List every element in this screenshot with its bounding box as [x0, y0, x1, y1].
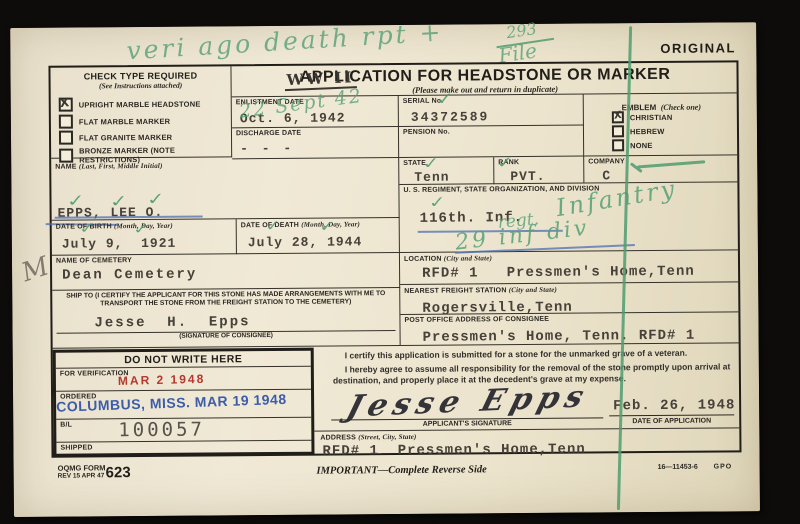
verify-check-icon: ✓	[132, 221, 150, 238]
discharge-date-label: DISCHARGE DATE	[232, 127, 398, 138]
po-address-field: POST OFFICE ADDRESS OF CONSIGNEE Pressme…	[400, 312, 740, 346]
form-number: 623	[106, 464, 131, 481]
po-address-value: Pressmen's Home, Tenn. RFD# 1	[423, 327, 741, 345]
cemetery-field: NAME OF CEMETERY Dean Cemetery	[52, 253, 400, 291]
footer-important: IMPORTANT—Complete Reverse Side	[252, 464, 552, 477]
shipped-label: SHIPPED	[56, 441, 311, 453]
application-date-value: Feb. 26, 1948	[613, 397, 735, 414]
name-field: NAME (Last, First, Middle Initial) EPPS,…	[51, 158, 399, 221]
state-field: STATE Tenn	[399, 157, 494, 185]
verify-check-icon: ✓	[78, 220, 96, 237]
do-not-write-section: DO NOT WRITE HERE FOR VERIFICATION MAR 2…	[53, 348, 315, 457]
discharge-date-field: DISCHARGE DATE - - -	[232, 127, 399, 159]
form-id-block: OQMG FORM REV 15 APR 47	[58, 464, 106, 480]
location-value: RFD# 1 Pressmen's Home,Tenn	[422, 263, 740, 281]
verify-check-icon: ✓	[318, 218, 336, 235]
freight-station-field: NEAREST FREIGHT STATION (City and State)…	[400, 282, 740, 315]
discharge-date-value: - - -	[240, 140, 398, 156]
emblem-section: EMBLEM (Check one) X CHRISTIAN HEBREW NO…	[584, 93, 739, 156]
name-label: NAME (Last, First, Middle Initial)	[51, 158, 398, 172]
pension-no-label: PENSION No.	[399, 126, 583, 137]
consignee-name-value: Jesse H. Epps	[94, 313, 399, 331]
x-mark-icon: X	[613, 110, 622, 122]
option-flat-marble-label: FLAT MARBLE MARKER	[79, 116, 170, 126]
option-none-label: NONE	[630, 141, 653, 150]
x-mark-icon: X	[59, 95, 70, 110]
verify-check-icon: ✓	[264, 218, 282, 235]
verify-check-icon: ✓	[108, 191, 129, 212]
checkbox-upright-marble: X	[59, 98, 73, 112]
location-label: LOCATION (City and State)	[400, 250, 740, 264]
cemetery-label: NAME OF CEMETERY	[52, 253, 399, 266]
address-field: ADDRESS (Street, City, State) RFD# 1 Pre…	[314, 427, 741, 455]
address-value: RFD# 1 Pressmen's Home,Tenn	[322, 440, 741, 459]
option-upright-marble-label: UPRIGHT MARBLE HEADSTONE	[79, 99, 201, 109]
option-flat-granite-label: FLAT GRANITE MARKER	[79, 132, 172, 142]
verify-check-icon: ✓	[65, 190, 86, 211]
serial-no-field: SERIAL No. 34372589	[399, 95, 584, 127]
ship-to-label: SHIP TO (I CERTIFY THE APPLICANT FOR THI…	[52, 288, 399, 309]
serial-no-value: 34372589	[411, 109, 583, 125]
pension-no-value	[407, 139, 583, 140]
original-label: ORIGINAL	[660, 40, 736, 56]
rank-value: PVT.	[510, 169, 583, 185]
serial-no-label: SERIAL No.	[399, 95, 583, 106]
gpo-label: GPO	[714, 463, 733, 470]
checkbox-hebrew	[612, 125, 624, 137]
scanned-document: veri ago death rpt + 293 File ORIGINAL M…	[0, 0, 800, 524]
print-code: 16—11453-6	[658, 464, 698, 471]
option-christian-label: CHRISTIAN	[630, 112, 673, 121]
date-of-birth-value: July 9, 1921	[62, 235, 236, 251]
freight-station-label: NEAREST FREIGHT STATION (City and State)	[400, 282, 740, 296]
state-label: STATE	[399, 157, 493, 168]
application-date-label: DATE OF APPLICATION	[609, 417, 734, 425]
location-field: LOCATION (City and State) RFD# 1 Pressme…	[400, 250, 740, 285]
cemetery-value: Dean Cemetery	[62, 265, 399, 284]
verify-check-icon: ✓	[434, 88, 455, 109]
checkbox-christian: X	[612, 111, 624, 123]
check-type-section: CHECK TYPE REQUIRED (See Instructions at…	[50, 66, 232, 158]
verification-date-stamp: MAR 2 1948	[118, 372, 206, 388]
po-address-label: POST OFFICE ADDRESS OF CONSIGNEE	[400, 312, 740, 325]
form-rev: REV 15 APR 47	[58, 472, 106, 480]
option-hebrew-label: HEBREW	[630, 126, 665, 135]
certification-line1: I certify this application is submitted …	[333, 347, 733, 361]
checkbox-flat-marble	[59, 115, 73, 129]
checkbox-flat-granite	[59, 131, 73, 145]
verify-check-icon: ✓	[421, 155, 441, 173]
date-of-death-value: July 28, 1944	[248, 234, 399, 250]
checkbox-none	[612, 139, 624, 151]
check-type-subtitle: (See Instructions attached)	[51, 80, 231, 90]
verify-check-icon: ✓	[145, 189, 166, 210]
consignee-signature-label: (SIGNATURE OF CONSIGNEE)	[53, 331, 400, 341]
ship-to-field: SHIP TO (I CERTIFY THE APPLICANT FOR THI…	[52, 288, 400, 349]
verify-check-icon: ✓	[428, 193, 448, 211]
verify-check-icon: ✓	[495, 154, 515, 172]
bl-value: 100057	[118, 419, 205, 442]
pension-no-field: PENSION No.	[399, 126, 584, 158]
